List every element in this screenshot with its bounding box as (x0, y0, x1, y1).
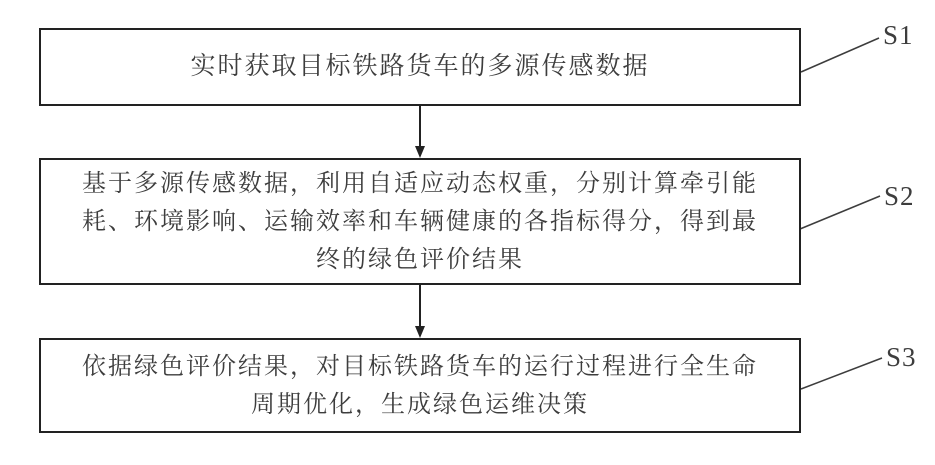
step-label-s2: S2 (884, 181, 915, 212)
leader-line-s2 (800, 196, 880, 229)
leader-line-s1 (801, 38, 879, 72)
step-s3-text-line: 周期优化，生成绿色运维决策 (251, 386, 589, 424)
step-s2-text-line: 基于多源传感数据，利用自适应动态权重，分别计算牵引能 (82, 165, 758, 203)
flowchart-canvas: 实时获取目标铁路货车的多源传感数据 基于多源传感数据，利用自适应动态权重，分别计… (0, 0, 935, 465)
step-label-s3: S3 (886, 342, 917, 373)
leader-line-s3 (801, 358, 882, 389)
step-s1-text-line: 实时获取目标铁路货车的多源传感数据 (190, 48, 649, 86)
step-s2-text-line: 耗、环境影响、运输效率和车辆健康的各指标得分，得到最 (82, 203, 758, 241)
arrowhead-s2-s3 (415, 326, 425, 338)
step-s3-text-line: 依据绿色评价结果，对目标铁路货车的运行过程进行全生命 (82, 348, 758, 386)
flow-step-box-s2: 基于多源传感数据，利用自适应动态权重，分别计算牵引能 耗、环境影响、运输效率和车… (39, 158, 801, 285)
step-s2-text-line: 终的绿色评价结果 (316, 241, 524, 279)
flow-step-box-s3: 依据绿色评价结果，对目标铁路货车的运行过程进行全生命 周期优化，生成绿色运维决策 (39, 338, 801, 433)
step-label-s1: S1 (883, 20, 914, 51)
arrowhead-s1-s2 (415, 146, 425, 158)
flow-step-box-s1: 实时获取目标铁路货车的多源传感数据 (39, 28, 801, 106)
